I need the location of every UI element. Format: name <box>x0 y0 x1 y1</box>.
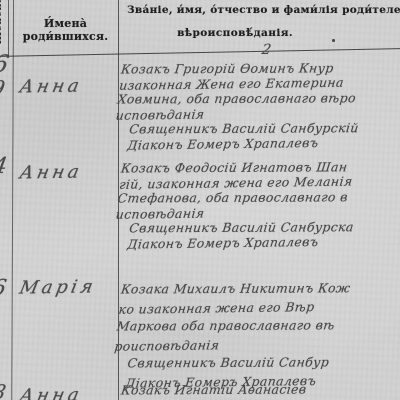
record-name: Анна <box>18 161 84 183</box>
register-scan-page: Женска И́мена̀ роди́вшихся. Зва́ніе, и́м… <box>0 0 400 400</box>
handwritten-fragment: 6 <box>0 50 11 78</box>
record-text: Козакъ Игнатій Аѳанасіев <box>120 380 400 398</box>
record-line: Священникъ Василій Санбур <box>126 353 400 373</box>
record-line: Діаконъ Еомеръ Храпалевъ <box>127 134 400 153</box>
column-rule-names-left <box>11 0 14 400</box>
record-text: Козакъ Феодосій Игнатовъ Шангій, изаконн… <box>112 158 400 251</box>
record-line: Козака Михаилъ Никитинъ Кож <box>120 279 400 299</box>
handwritten-fragment: 6 <box>0 276 8 301</box>
record-line: Діаконъ Еомеръ Храпалевъ <box>127 233 400 252</box>
record-name: Марія <box>18 276 98 298</box>
record-text: Козака Михаилъ Никитинъ Кожко изаконная … <box>109 278 400 392</box>
record-text: Козакъ Григорій Ѳоминъ Кнуризаконная Жен… <box>112 59 400 152</box>
record-line: Маркова оба православнаго вѣ <box>116 316 400 336</box>
handwritten-fragment: 9 <box>0 76 7 100</box>
handwritten-fragment: 4 <box>0 154 9 179</box>
record-line: Козакъ Игнатій Аѳанасіев <box>120 381 400 398</box>
record-name: Анна <box>18 75 84 97</box>
handwritten-fragment: 2 <box>261 42 273 58</box>
names-column-header: И́мена̀ роди́вшихся. <box>14 17 117 43</box>
parents-column-header-line1: Зва́ніе, и́мя, о́тчество и фами́лія роди… <box>127 4 400 16</box>
handwritten-fragment: 8 <box>0 380 8 400</box>
header-separator-rule <box>0 48 400 57</box>
adjacent-column-rotated-label: Женска <box>0 0 4 44</box>
record-name: Анна <box>18 384 84 400</box>
parents-column-header-line2: вѣроисповѣ́данія. <box>120 27 350 39</box>
ink-speck <box>332 39 335 42</box>
